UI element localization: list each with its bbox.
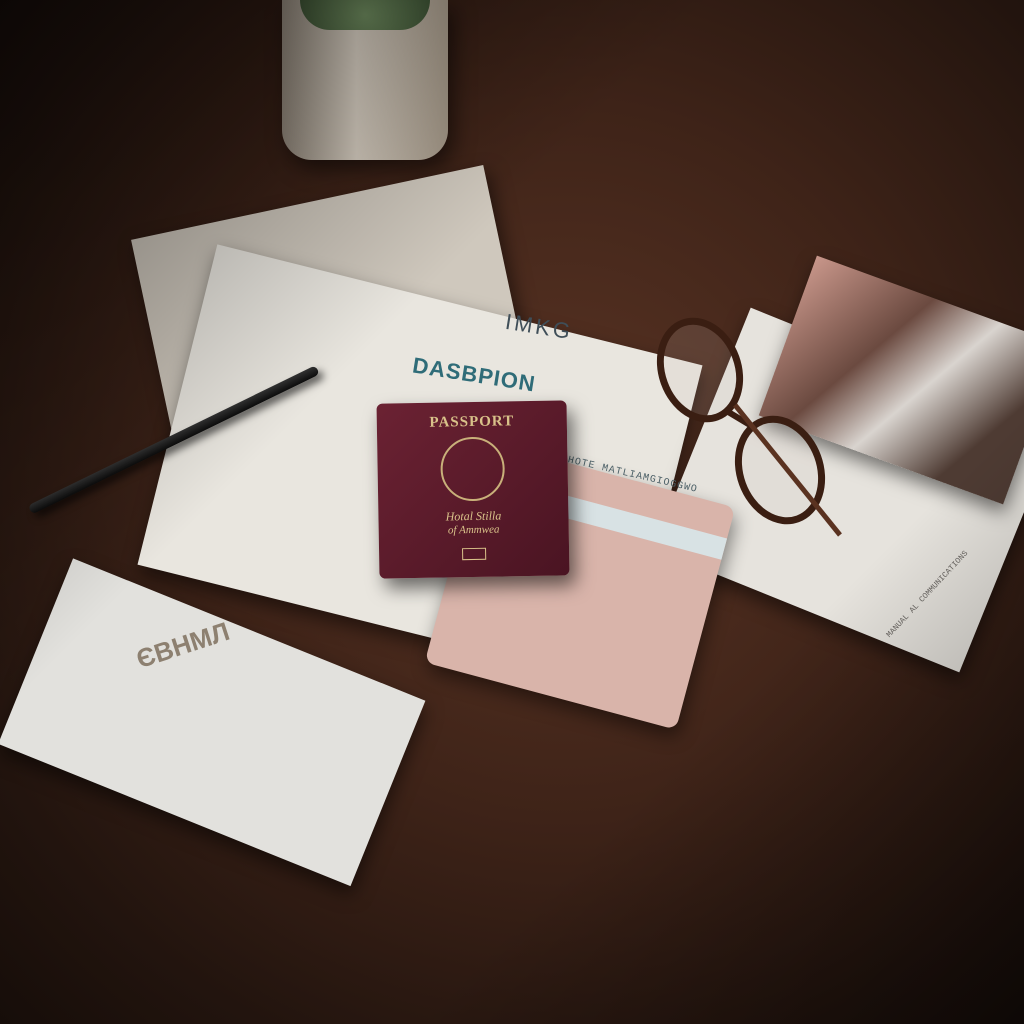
eagle-seal-icon	[440, 436, 505, 501]
passport-title: PASSPORT	[377, 412, 567, 432]
desk-scene: IMKG DASBPION ЄВНМЛ HOTE MATLIAMGIOGGWO …	[0, 0, 1024, 1024]
passport: PASSPORT Hotal Stilla of Ammwea	[376, 400, 569, 578]
succulent-plant	[300, 0, 430, 30]
biometric-chip-icon	[462, 548, 486, 560]
eyeglasses	[655, 310, 855, 550]
passport-line-2: of Ammwea	[379, 522, 569, 537]
